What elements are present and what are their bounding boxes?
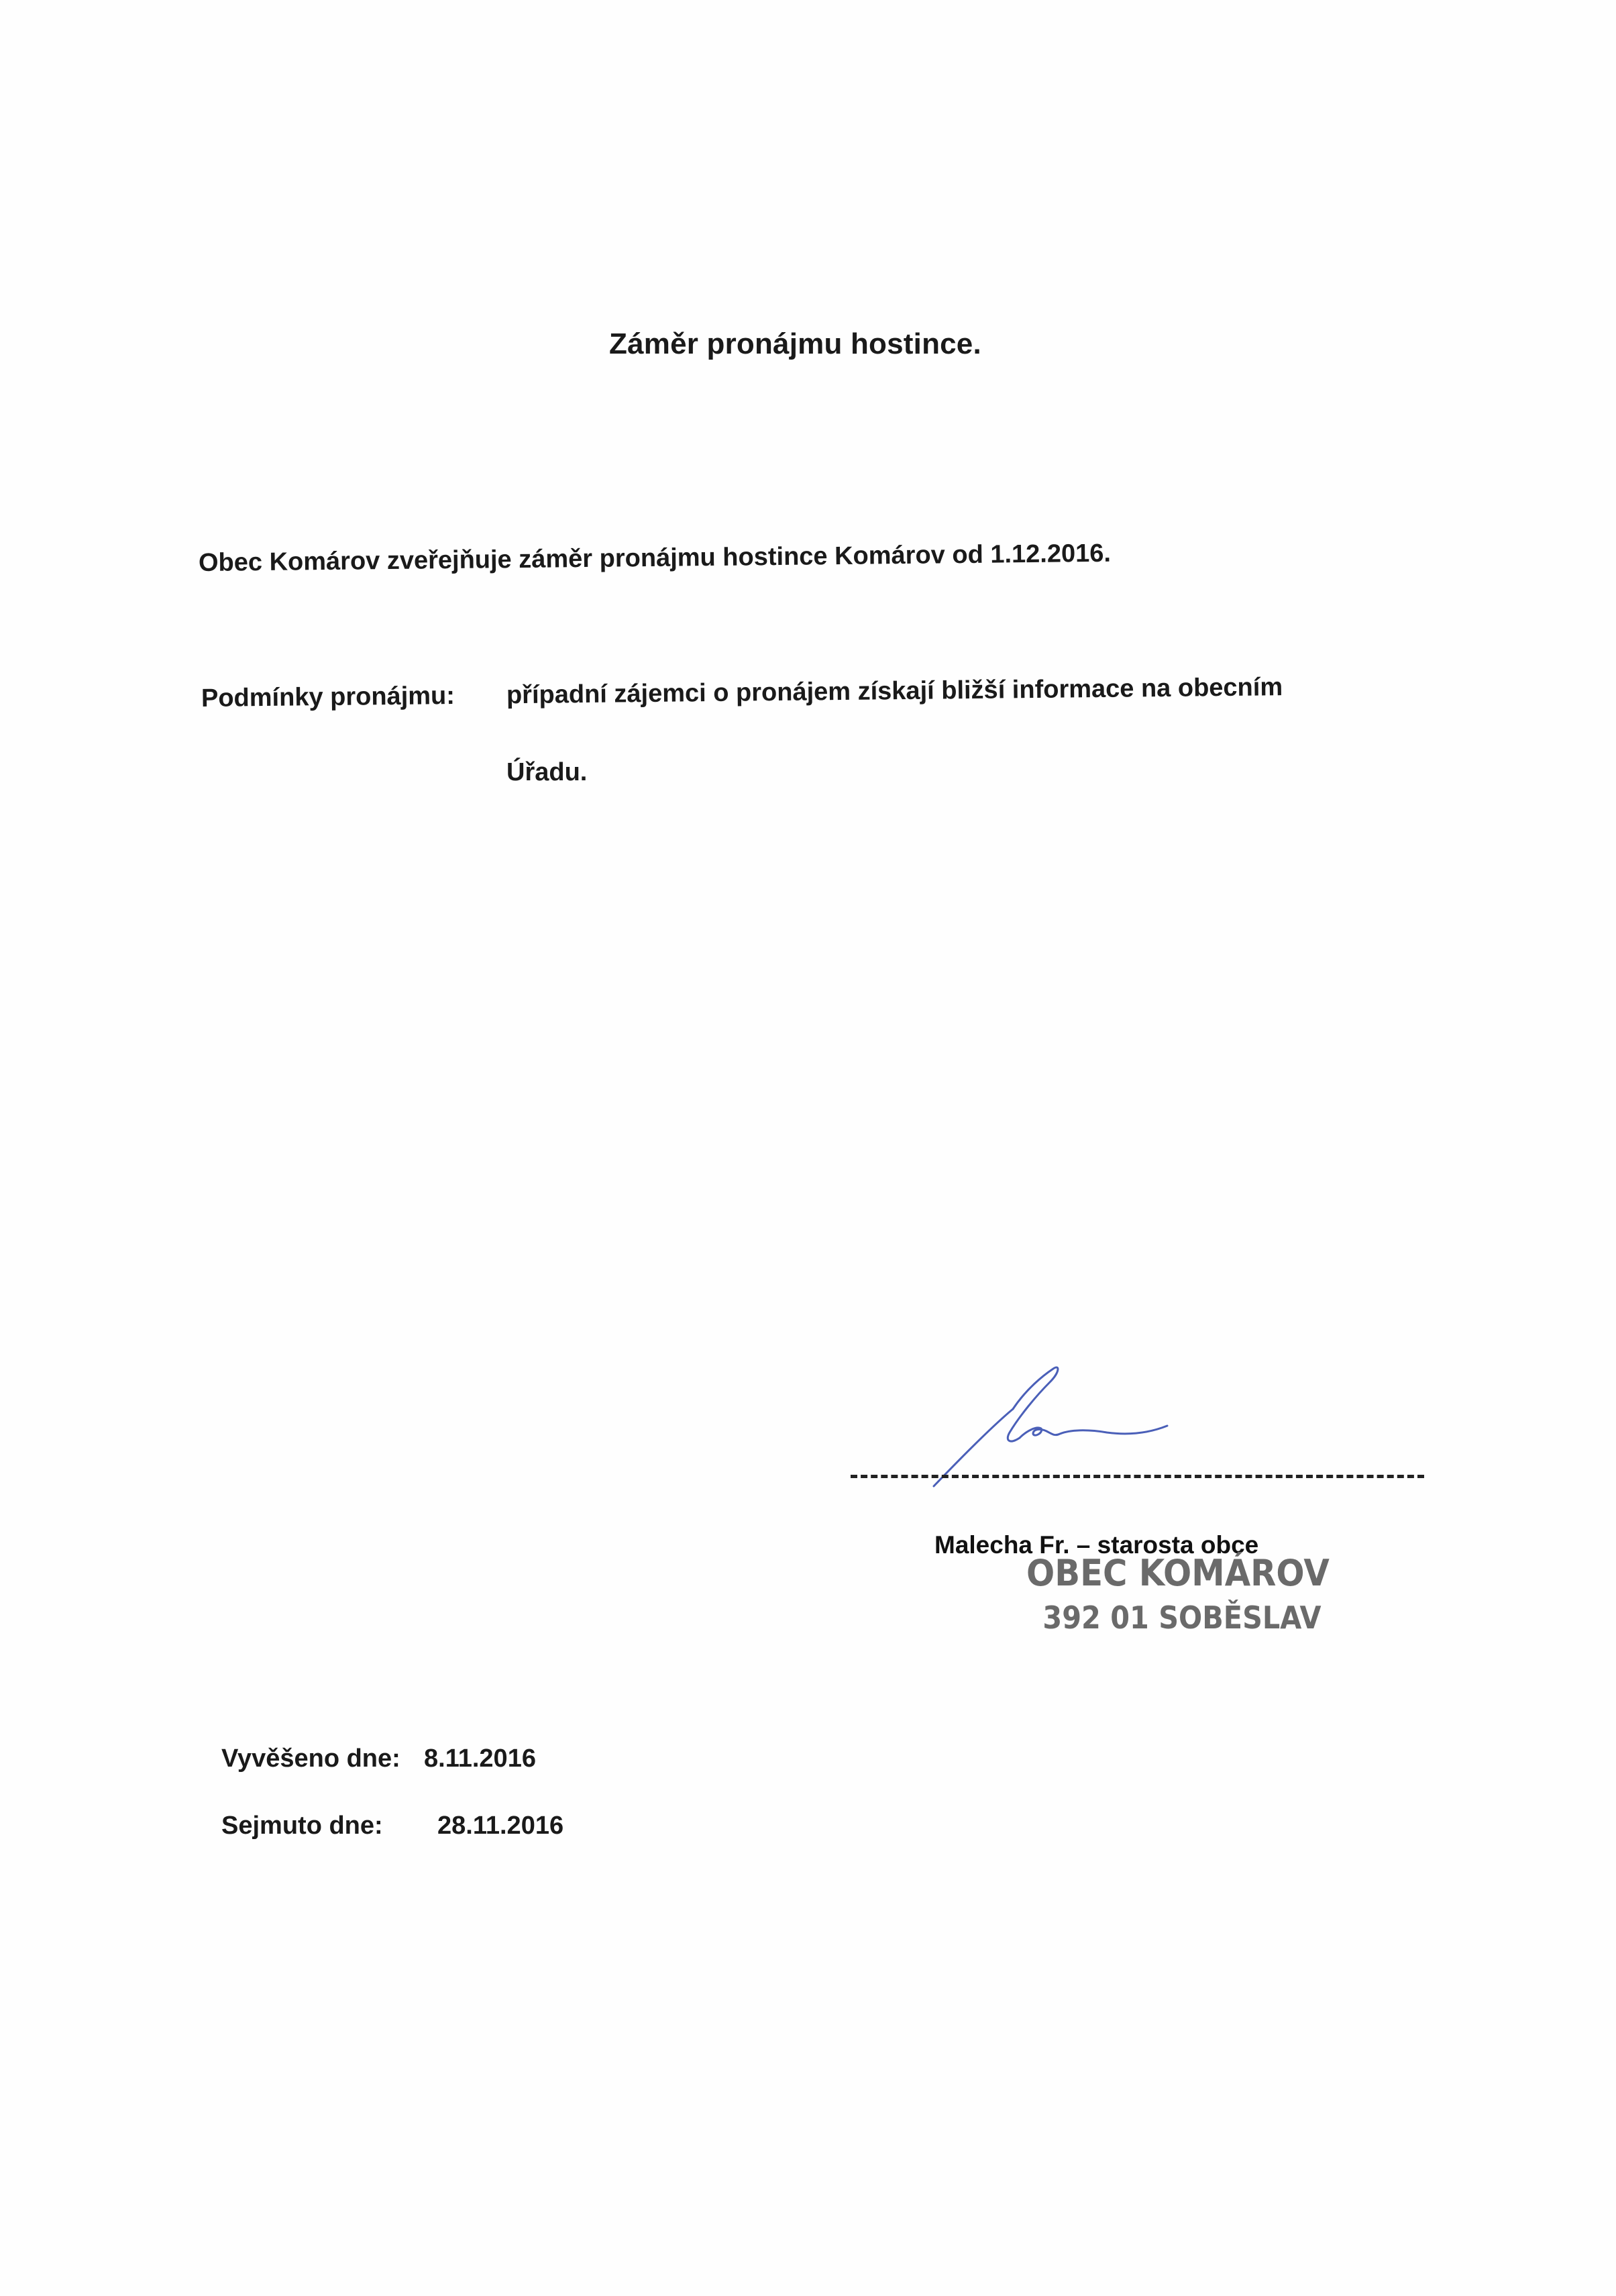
stamp-line-1: OBEC KOMÁROV [1026,1555,1330,1591]
signature-line [851,1475,1424,1478]
official-stamp: OBEC KOMÁROV 392 01 SOBĚSLAV [1026,1555,1356,1633]
conditions-label: Podmínky pronájmu: [201,681,506,713]
conditions-paragraph: Podmínky pronájmu:případní zájemci o pro… [201,673,1283,713]
document-page: Záměr pronájmu hostince. Obec Komárov zv… [0,0,1616,2296]
document-title: Záměr pronájmu hostince. [609,327,981,361]
posted-label: Vyvěšeno dne: [221,1744,424,1773]
posted-date-row: Vyvěšeno dne:8.11.2016 [221,1744,536,1773]
conditions-continuation: Úřadu. [506,758,587,787]
conditions-text: případní zájemci o pronájem získají bliž… [506,673,1283,709]
intro-paragraph: Obec Komárov zveřejňuje záměr pronájmu h… [199,539,1111,578]
removed-value: 28.11.2016 [437,1812,563,1840]
removed-date-row: Sejmuto dne:28.11.2016 [221,1812,563,1840]
handwritten-signature [926,1359,1234,1493]
stamp-line-2: 392 01 SOBĚSLAV [1040,1602,1324,1633]
removed-label: Sejmuto dne: [221,1812,437,1840]
posted-value: 8.11.2016 [424,1744,536,1773]
